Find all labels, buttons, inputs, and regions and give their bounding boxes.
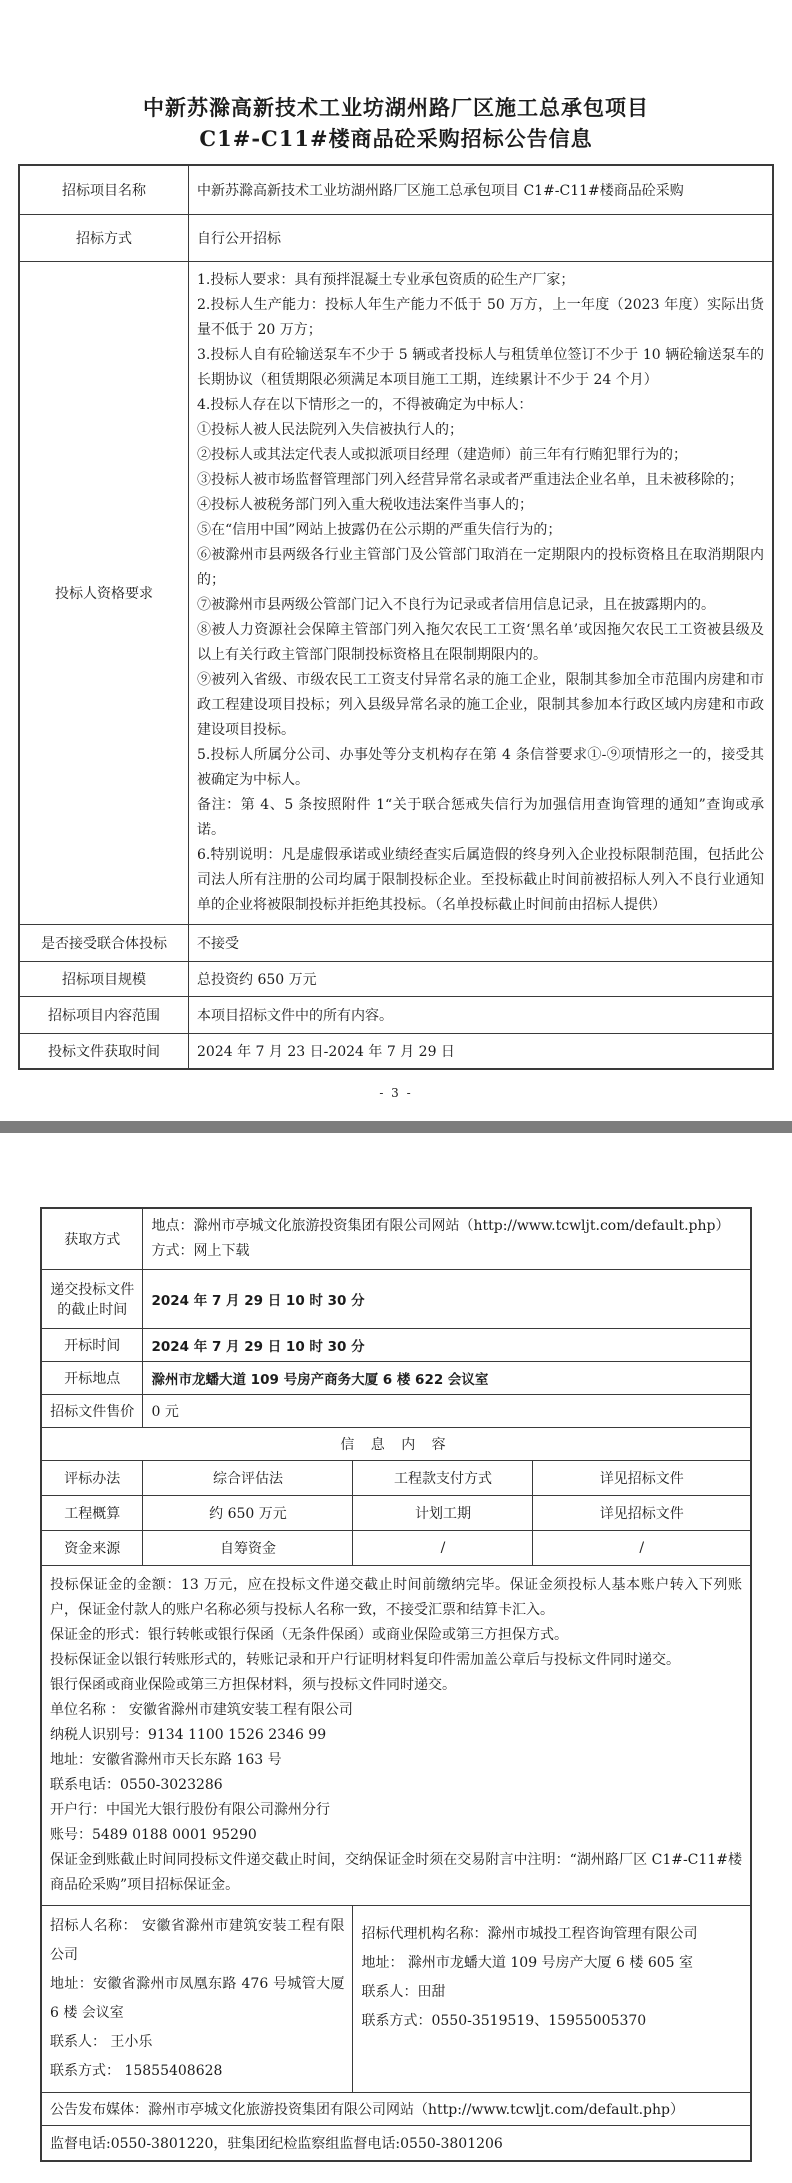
document-title-line2: C1#-C11#楼商品砼采购招标公告信息	[0, 123, 792, 154]
content-scope-label: 招标项目内容范围	[19, 997, 189, 1034]
qual-item: 3.投标人自有砼输送泵车不少于 5 辆或者投标人与租赁单位签订不少于 10 辆砼…	[197, 343, 764, 393]
qual-item: ④投标人被税务部门列入重大税收违法案件当事人的；	[197, 493, 764, 518]
table-row: 工程概算 约 650 万元 计划工期 详见招标文件	[41, 1496, 751, 1531]
table-row: 投标文件获取时间 2024 年 7 月 23 日-2024 年 7 月 29 日	[19, 1034, 773, 1070]
qual-item: 备注：第 4、5 条按照附件 1“关于联合惩戒失信行为加强信用查询管理的通知”查…	[197, 793, 764, 843]
table-row: 是否接受联合体投标 不接受	[19, 925, 773, 962]
acquire-location: 地点：滁州市亭城文化旅游投资集团有限公司网站（http://www.tcwljt…	[151, 1214, 742, 1239]
tender-summary-table: 招标项目名称 中新苏滁高新技术工业坊湖州路厂区施工总承包项目 C1#-C11#楼…	[18, 164, 774, 1070]
acquire-method-value: 地点：滁州市亭城文化旅游投资集团有限公司网站（http://www.tcwljt…	[143, 1208, 751, 1270]
content-scope-value: 本项目招标文件中的所有内容。	[189, 997, 774, 1034]
table-row: 招标文件售价 0 元	[41, 1395, 751, 1428]
table-row: 公告发布媒体：滁州市亭城文化旅游投资集团有限公司网站（http://www.tc…	[41, 2093, 751, 2126]
qual-item: ①投标人被人民法院列入失信被执行人的；	[197, 418, 764, 443]
evaluation-method-label: 评标办法	[41, 1461, 143, 1496]
table-row: 信 息 内 容	[41, 1428, 751, 1461]
page-2: 获取方式 地点：滁州市亭城文化旅游投资集团有限公司网站（http://www.t…	[0, 1133, 792, 2162]
tender-method-label: 招标方式	[19, 215, 189, 262]
deposit-account-number: 账号：5489 0188 0001 95290	[50, 1823, 742, 1848]
deposit-line: 投标保证金的金额：13 万元，应在投标文件递交截止时间前缴纳完毕。保证金须投标人…	[50, 1573, 742, 1623]
table-row: 投标人资格要求 1.投标人要求：具有预拌混凝土专业承包资质的砼生产厂家； 2.投…	[19, 262, 773, 925]
planned-duration-label: 计划工期	[353, 1496, 533, 1531]
qual-item: 5.投标人所属分公司、办事处等分支机构存在第 4 条信誉要求①-⑨项情形之一的，…	[197, 743, 764, 793]
evaluation-method-value: 综合评估法	[143, 1461, 353, 1496]
table-row: 招标方式 自行公开招标	[19, 215, 773, 262]
acquire-method-label: 获取方式	[41, 1208, 143, 1270]
fund-source-label: 资金来源	[41, 1531, 143, 1566]
deposit-taxpayer-id: 纳税人识别号：9134 1100 1526 2346 99	[50, 1723, 742, 1748]
deposit-note: 保证金到账截止时间同投标文件递交截止时间，交纳保证金时须在交易附言中注明：“湖州…	[50, 1848, 742, 1898]
announcement-media: 公告发布媒体：滁州市亭城文化旅游投资集团有限公司网站（http://www.tc…	[41, 2093, 751, 2126]
info-content-header: 信 息 内 容	[41, 1428, 751, 1461]
table-row: 招标项目名称 中新苏滁高新技术工业坊湖州路厂区施工总承包项目 C1#-C11#楼…	[19, 165, 773, 215]
qual-item: 2.投标人生产能力：投标人年生产能力不低于 50 万方，上一年度（2023 年度…	[197, 293, 764, 343]
bidder-contact-phone: 联系方式： 15855408628	[50, 2057, 345, 2086]
table-row: 开标时间 2024 年 7 月 29 日 10 时 30 分	[41, 1329, 751, 1362]
deposit-line: 保证金的形式：银行转帐或银行保函（无条件保函）或商业保险或第三方担保方式。	[50, 1623, 742, 1648]
qual-item: 4.投标人存在以下情形之一的，不得被确定为中标人：	[197, 393, 764, 418]
bid-opening-place-value: 滁州市龙蟠大道 109 号房产商务大厦 6 楼 622 会议室	[143, 1362, 751, 1395]
qualification-value: 1.投标人要求：具有预拌混凝土专业承包资质的砼生产厂家； 2.投标人生产能力：投…	[189, 262, 774, 925]
table-row: 评标办法 综合评估法 工程款支付方式 详见招标文件	[41, 1461, 751, 1496]
page-number: - 3 -	[0, 1086, 792, 1100]
project-name-label: 招标项目名称	[19, 165, 189, 215]
qual-item: 6.特别说明：凡是虚假承诺或业绩经查实后属造假的终身列入企业投标限制范围，包括此…	[197, 843, 764, 918]
bidder-address: 地址：安徽省滁州市凤凰东路 476 号城管大厦 6 楼 会议室	[50, 1970, 345, 2028]
qual-item: 1.投标人要求：具有预拌混凝土专业承包资质的砼生产厂家；	[197, 268, 764, 293]
consortium-label: 是否接受联合体投标	[19, 925, 189, 962]
agency-name: 招标代理机构名称：滁州市城投工程咨询管理有限公司	[361, 1920, 742, 1949]
project-name-value: 中新苏滁高新技术工业坊湖州路厂区施工总承包项目 C1#-C11#楼商品砼采购	[189, 165, 774, 215]
deposit-account-name: 单位名称 ： 安徽省滁州市建筑安装工程有限公司	[50, 1698, 742, 1723]
project-scale-label: 招标项目规模	[19, 962, 189, 997]
qualification-label: 投标人资格要求	[19, 262, 189, 925]
bidder-name: 招标人名称： 安徽省滁州市建筑安装工程有限公司	[50, 1912, 345, 1970]
deposit-bank: 开户行：中国光大银行股份有限公司滁州分行	[50, 1798, 742, 1823]
fund-source-value: 自筹资金	[143, 1531, 353, 1566]
payment-method-label: 工程款支付方式	[353, 1461, 533, 1496]
agency-contact-block: 招标代理机构名称：滁州市城投工程咨询管理有限公司 地址： 滁州市龙蟠大道 109…	[353, 1906, 751, 2093]
deposit-phone: 联系电话：0550-3023286	[50, 1773, 742, 1798]
fund-source-slash-1: /	[353, 1531, 533, 1566]
payment-method-value: 详见招标文件	[533, 1461, 751, 1496]
qual-item: ⑧被人力资源社会保障主管部门列入拖欠农民工工资‘黑名单’或因拖欠农民工工资被县级…	[197, 618, 764, 668]
acquire-way: 方式：网上下载	[151, 1239, 742, 1264]
project-scale-value: 总投资约 650 万元	[189, 962, 774, 997]
page-1: 中新苏滁高新技术工业坊湖州路厂区施工总承包项目 C1#-C11#楼商品砼采购招标…	[0, 0, 792, 1100]
table-row: 招标项目规模 总投资约 650 万元	[19, 962, 773, 997]
table-row: 开标地点 滁州市龙蟠大道 109 号房产商务大厦 6 楼 622 会议室	[41, 1362, 751, 1395]
table-row: 招标项目内容范围 本项目招标文件中的所有内容。	[19, 997, 773, 1034]
project-estimate-label: 工程概算	[41, 1496, 143, 1531]
table-row: 资金来源 自筹资金 / /	[41, 1531, 751, 1566]
deposit-address: 地址：安徽省滁州市天长东路 163 号	[50, 1748, 742, 1773]
qual-item: ③投标人被市场监督管理部门列入经营异常名录或者严重违法企业名单，且未被移除的；	[197, 468, 764, 493]
bid-opening-place-label: 开标地点	[41, 1362, 143, 1395]
agency-address: 地址： 滁州市龙蟠大道 109 号房产大厦 6 楼 605 室	[361, 1949, 742, 1978]
table-row: 招标人名称： 安徽省滁州市建筑安装工程有限公司 地址：安徽省滁州市凤凰东路 47…	[41, 1906, 751, 2093]
deposit-line: 投标保证金以银行转账形式的，转账记录和开户行证明材料复印件需加盖公章后与投标文件…	[50, 1648, 742, 1673]
obtain-time-value: 2024 年 7 月 23 日-2024 年 7 月 29 日	[189, 1034, 774, 1070]
qual-item: ⑥被滁州市县两级各行业主管部门及公管部门取消在一定期限内的投标资格且在取消期限内…	[197, 543, 764, 593]
bidder-contact-person: 联系人： 王小乐	[50, 2028, 345, 2057]
qual-item: ⑦被滁州市县两级公管部门记入不良行为记录或者信用信息记录，且在披露期内的。	[197, 593, 764, 618]
bid-deposit-section: 投标保证金的金额：13 万元，应在投标文件递交截止时间前缴纳完毕。保证金须投标人…	[41, 1566, 751, 1906]
qual-item: ⑤在“信用中国”网站上披露仍在公示期的严重失信行为的；	[197, 518, 764, 543]
agency-contact-phone: 联系方式：0550-3519519、15955005370	[361, 2007, 742, 2036]
qual-item: ②投标人或其法定代表人或拟派项目经理（建造师）前三年有行贿犯罪行为的；	[197, 443, 764, 468]
supervision-phone: 监督电话:0550-3801220，驻集团纪检监察组监督电话:0550-3801…	[41, 2126, 751, 2162]
document-title-line1: 中新苏滁高新技术工业坊湖州路厂区施工总承包项目	[0, 92, 792, 123]
table-row: 投标保证金的金额：13 万元，应在投标文件递交截止时间前缴纳完毕。保证金须投标人…	[41, 1566, 751, 1906]
submit-deadline-label: 递交投标文件的截止时间	[41, 1270, 143, 1329]
document-price-label: 招标文件售价	[41, 1395, 143, 1428]
tender-detail-table: 获取方式 地点：滁州市亭城文化旅游投资集团有限公司网站（http://www.t…	[40, 1207, 752, 2162]
consortium-value: 不接受	[189, 925, 774, 962]
project-estimate-value: 约 650 万元	[143, 1496, 353, 1531]
table-row: 监督电话:0550-3801220，驻集团纪检监察组监督电话:0550-3801…	[41, 2126, 751, 2162]
deposit-line: 银行保函或商业保险或第三方担保材料，须与投标文件同时递交。	[50, 1673, 742, 1698]
document-price-value: 0 元	[143, 1395, 751, 1428]
tender-method-value: 自行公开招标	[189, 215, 774, 262]
bid-opening-time-label: 开标时间	[41, 1329, 143, 1362]
planned-duration-value: 详见招标文件	[533, 1496, 751, 1531]
qual-item: ⑨被列入省级、市级农民工工资支付异常名录的施工企业，限制其参加全市范围内房建和市…	[197, 668, 764, 743]
bid-opening-time-value: 2024 年 7 月 29 日 10 时 30 分	[143, 1329, 751, 1362]
submit-deadline-value: 2024 年 7 月 29 日 10 时 30 分	[143, 1270, 751, 1329]
obtain-time-label: 投标文件获取时间	[19, 1034, 189, 1070]
page-divider-band	[0, 1121, 792, 1133]
agency-contact-person: 联系人：田甜	[361, 1978, 742, 2007]
bidder-contact-block: 招标人名称： 安徽省滁州市建筑安装工程有限公司 地址：安徽省滁州市凤凰东路 47…	[41, 1906, 353, 2093]
table-row: 递交投标文件的截止时间 2024 年 7 月 29 日 10 时 30 分	[41, 1270, 751, 1329]
table-row: 获取方式 地点：滁州市亭城文化旅游投资集团有限公司网站（http://www.t…	[41, 1208, 751, 1270]
fund-source-slash-2: /	[533, 1531, 751, 1566]
document-title: 中新苏滁高新技术工业坊湖州路厂区施工总承包项目 C1#-C11#楼商品砼采购招标…	[0, 0, 792, 154]
